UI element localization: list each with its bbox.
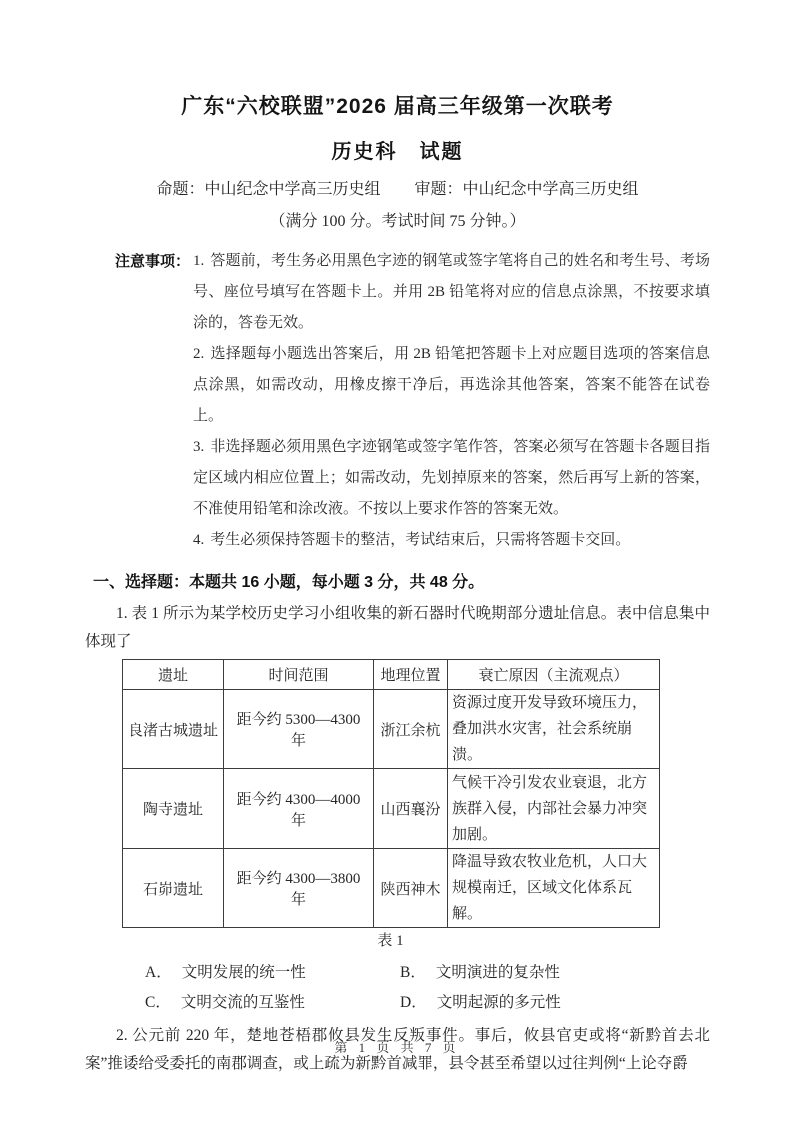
exam-paper-page: 广东“六校联盟”2026 届高三年级第一次联考 历史科 试题 命题：中山纪念中学… — [0, 0, 794, 1122]
question-1-options: A．文明发展的统一性 B．文明演进的复杂性 C．文明交流的互鉴性 D．文明起源的… — [145, 958, 710, 1018]
neolithic-sites-table: 遗址 时间范围 地理位置 衰亡原因（主流观点） 良渚古城遗址 距今约 5300—… — [122, 659, 660, 928]
table-cell-reason: 资源过度开发导致环境压力，叠加洪水灾害，社会系统崩溃。 — [448, 690, 660, 769]
option-d-text: 文明起源的多元性 — [437, 994, 561, 1011]
option-b: B．文明演进的复杂性 — [400, 958, 710, 988]
option-a-text: 文明发展的统一性 — [182, 964, 306, 981]
table-row: 陶寺遗址 距今约 4300—4000 年 山西襄汾 气候干冷引发农业衰退，北方族… — [123, 769, 660, 849]
exam-meta: 命题：中山纪念中学高三历史组 审题：中山纪念中学高三历史组 — [85, 178, 710, 202]
table-row: 良渚古城遗址 距今约 5300—4300 年 浙江余杭 资源过度开发导致环境压力… — [123, 690, 660, 769]
table-cell-reason: 气候干冷引发农业衰退，北方族群入侵，内部社会暴力冲突加剧。 — [448, 769, 660, 849]
notice-text: 非选择题必须用黑色字迹钢笔或签字笔作答，答案必须写在答题卡各题目指定区域内相应位… — [193, 439, 710, 517]
table-cell-reason: 降温导致农牧业危机，人口大规模南迁，区域文化体系瓦解。 — [448, 849, 660, 928]
page-footer: 第 1 页 共 7 页 — [0, 1036, 794, 1060]
table-caption: 表 1 — [122, 928, 659, 954]
section-heading-multiple-choice: 一、选择题：本题共 16 小题，每小题 3 分，共 48 分。 — [93, 570, 710, 596]
notice-number: 2. — [193, 346, 204, 362]
table-cell-location: 陕西神木 — [374, 849, 448, 928]
score-time-info: （满分 100 分。考试时间 75 分钟。） — [85, 210, 710, 234]
notice-item-3: 3.非选择题必须用黑色字迹钢笔或签字笔作答，答案必须写在答题卡各题目指定区域内相… — [193, 432, 710, 525]
table-cell-location: 浙江余杭 — [374, 690, 448, 769]
table-cell-period: 距今约 5300—4300 年 — [224, 690, 374, 769]
option-b-label: B． — [400, 964, 426, 981]
notice-item-2: 2.选择题每小题选出答案后，用 2B 铅笔把答题卡上对应题目选项的答案信息点涂黑… — [193, 339, 710, 432]
table-cell-period: 距今约 4300—4000 年 — [224, 769, 374, 849]
table-header-cell: 时间范围 — [224, 660, 374, 690]
table-cell-location: 山西襄汾 — [374, 769, 448, 849]
table-cell-period: 距今约 4300—3800 年 — [224, 849, 374, 928]
option-a: A．文明发展的统一性 — [145, 958, 400, 988]
table-header-cell: 衰亡原因（主流观点） — [448, 660, 660, 690]
table-header-row: 遗址 时间范围 地理位置 衰亡原因（主流观点） — [123, 660, 660, 690]
exam-title: 广东“六校联盟”2026 届高三年级第一次联考 — [85, 92, 710, 122]
table-header-cell: 遗址 — [123, 660, 224, 690]
option-a-label: A． — [145, 964, 172, 981]
option-c: C．文明交流的互鉴性 — [145, 988, 400, 1018]
notices-block: 注意事项： 1.答题前，考生务必用黑色字迹的钢笔或签字笔将自己的姓名和考生号、考… — [85, 246, 710, 556]
setter-info: 命题：中山纪念中学高三历史组 — [156, 178, 380, 202]
exam-subtitle: 历史科 试题 — [85, 138, 710, 166]
option-b-text: 文明演进的复杂性 — [436, 964, 560, 981]
notice-number: 4. — [193, 532, 204, 548]
notice-text: 考生必须保持答题卡的整洁，考试结束后，只需将答题卡交回。 — [210, 532, 630, 548]
option-d: D．文明起源的多元性 — [400, 988, 710, 1018]
notice-number: 3. — [193, 439, 204, 455]
notice-text: 选择题每小题选出答案后，用 2B 铅笔把答题卡上对应题目选项的答案信息点涂黑，如… — [193, 346, 710, 424]
option-c-text: 文明交流的互鉴性 — [181, 994, 305, 1011]
notice-item-4: 4.考生必须保持答题卡的整洁，考试结束后，只需将答题卡交回。 — [193, 525, 710, 556]
table-cell-site: 良渚古城遗址 — [123, 690, 224, 769]
notice-item-1: 1.答题前，考生务必用黑色字迹的钢笔或签字笔将自己的姓名和考生号、考场号、座位号… — [193, 246, 710, 339]
question-1-text: 1. 表 1 所示为某学校历史学习小组收集的新石器时代晚期部分遗址信息。表中信息… — [85, 600, 710, 656]
notice-text: 答题前，考生务必用黑色字迹的钢笔或签字笔将自己的姓名和考生号、考场号、座位号填写… — [193, 253, 710, 331]
reviewer-info: 审题：中山纪念中学高三历史组 — [415, 178, 639, 202]
option-d-label: D． — [400, 994, 427, 1011]
table-cell-site: 石峁遗址 — [123, 849, 224, 928]
table-header-cell: 地理位置 — [374, 660, 448, 690]
table-cell-site: 陶寺遗址 — [123, 769, 224, 849]
option-c-label: C． — [145, 994, 171, 1011]
notices-label: 注意事项： — [115, 246, 190, 277]
table-row: 石峁遗址 距今约 4300—3800 年 陕西神木 降温导致农牧业危机，人口大规… — [123, 849, 660, 928]
notice-number: 1. — [193, 253, 204, 269]
